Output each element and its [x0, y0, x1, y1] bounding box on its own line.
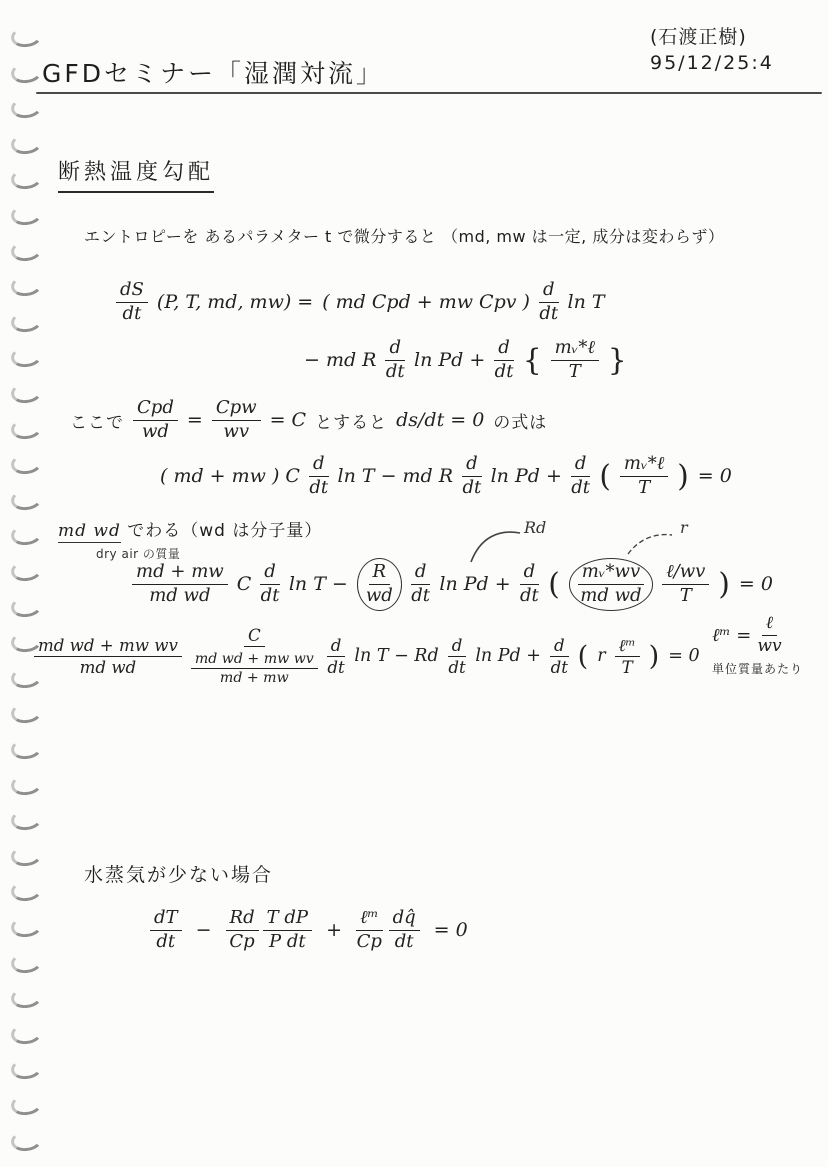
- right-paren: ): [718, 570, 730, 599]
- definition-line: ここで Cpdwd = Cpwwv = C とすると ds/dt = 0 の式は: [70, 398, 547, 443]
- eq2-end: = 0: [698, 465, 732, 487]
- minus-sign: −: [196, 919, 212, 941]
- eq3-end: = 0: [739, 573, 773, 595]
- denominator: wd: [142, 421, 169, 443]
- frac-C-over-meanmass: C md wd + mw wvmd + mw: [191, 626, 318, 687]
- right-brace: }: [608, 346, 627, 375]
- denominator: md wd: [149, 585, 210, 607]
- margin-sub-note: 単位質量あたり: [712, 660, 803, 677]
- binding-hole-icon: [10, 950, 44, 975]
- binding-hole-icon: [10, 1021, 44, 1046]
- binding-hole-icon: [10, 166, 44, 191]
- section-heading: 断熱温度勾配: [58, 155, 214, 193]
- binding-hole-icon: [10, 522, 44, 547]
- numerator: md + mw: [132, 562, 228, 585]
- eq1-coef: ( md Cpd + mw Cpv ): [322, 291, 530, 313]
- denominator: T: [622, 657, 633, 677]
- eq3-t1: ln T −: [289, 573, 348, 595]
- numerator: mᵥ*ℓ: [620, 454, 668, 477]
- binding-hole-icon: [10, 914, 44, 939]
- binding-hole-icon: [10, 344, 44, 369]
- author-note: (石渡正樹): [650, 22, 747, 49]
- binding-hole-icon: [10, 1092, 44, 1117]
- numerator: Rd: [226, 908, 259, 931]
- denominator: md wd: [580, 585, 641, 607]
- denominator: dt: [448, 657, 465, 677]
- left-paren: (: [548, 570, 560, 599]
- frac-dS-dt: dSdt: [116, 280, 148, 325]
- frac-dT-dt: dTdt: [150, 908, 182, 953]
- circled-R-wd: Rwd: [357, 558, 402, 611]
- numerator: T dP: [263, 908, 312, 931]
- eq4-end: = 0: [668, 646, 699, 666]
- denominator: T: [680, 585, 692, 607]
- denominator: md + mw: [220, 669, 289, 686]
- divide-note: md wd でわる（wd は分子量）: [58, 516, 322, 541]
- page-title: GFDセミナー「湿潤対流」: [42, 54, 384, 90]
- numerator: d: [448, 636, 467, 657]
- denominator: T: [638, 477, 650, 499]
- eq1-lead2: − md R: [304, 349, 376, 371]
- frac-d-dt: ddt: [462, 454, 482, 499]
- numerator: d: [494, 338, 514, 361]
- numerator: d: [327, 636, 346, 657]
- frac-mass-ratio: md wd + mw wvmd wd: [34, 636, 182, 677]
- frac-Cpw-wv: Cpwwv: [212, 398, 261, 443]
- equation-dry-limit: dTdt − RdCp T dPP dt + ℓᵐCp dq̂dt = 0: [150, 908, 468, 953]
- left-paren: (: [599, 462, 611, 491]
- binding-hole-icon: [10, 273, 44, 298]
- plus-sign: +: [326, 919, 342, 941]
- divide-note-target: md wd: [58, 521, 121, 543]
- eq4-t1: ln T − Rd: [354, 646, 438, 666]
- denominator: T: [569, 361, 581, 383]
- frac-d-dt: ddt: [550, 636, 569, 677]
- denominator: dt: [551, 657, 568, 677]
- binding-hole-icon: [10, 736, 44, 761]
- denominator: dt: [309, 477, 328, 499]
- denominator: dt: [261, 585, 280, 607]
- numerator: d: [550, 636, 569, 657]
- frac-d-dt: ddt: [260, 562, 280, 607]
- eq2-t2: ln Pd +: [491, 465, 562, 487]
- margin-definition: ℓᵐ = ℓwv 単位質量あたり: [712, 614, 803, 677]
- equation-divided: md + mwmd wd C ddt ln T − Rwd ddt ln Pd …: [132, 558, 773, 611]
- denominator: dt: [462, 477, 481, 499]
- annotation-label-rd: Rd: [524, 518, 546, 537]
- frac-d-dt: ddt: [327, 636, 346, 677]
- equals: =: [187, 409, 203, 431]
- numerator: d: [385, 338, 405, 361]
- equation-ds0: ( md + mw ) C ddt ln T − md R ddt ln Pd …: [160, 454, 732, 499]
- denominator: dt: [386, 361, 405, 383]
- denominator: md wd + mw wvmd + mw: [191, 647, 318, 686]
- binding-hole-icon: [10, 95, 44, 120]
- eq2-t1: ln T − md R: [338, 465, 454, 487]
- intro-text: エントロピーを あるパラメター t で微分すると （md, mw は一定, 成分…: [84, 224, 724, 247]
- denominator: Cp: [229, 931, 254, 953]
- frac-Rd-Cp: RdCp: [226, 908, 259, 953]
- frac-d-dt: ddt: [539, 280, 559, 325]
- frac-d-dt: ddt: [520, 562, 540, 607]
- left-paren: (: [578, 643, 589, 670]
- numerator: mᵥ*wv: [578, 562, 644, 585]
- circled-mixing-ratio: mᵥ*wvmd wd: [569, 558, 653, 611]
- frac-inner-meanmass: md wd + mw wvmd + mw: [191, 651, 318, 686]
- eq1-lnPd: ln Pd +: [414, 349, 485, 371]
- denominator: dt: [520, 585, 539, 607]
- numerator: md wd + mw wv: [34, 636, 182, 657]
- eq3-C: C: [237, 573, 252, 595]
- eq3-t2: ln Pd +: [439, 573, 510, 595]
- denominator: wd: [366, 585, 393, 607]
- date-note: 95/12/25:4: [650, 52, 774, 74]
- numerator: d: [520, 562, 540, 585]
- binding-hole-icon: [10, 131, 44, 156]
- eq4-t2: ln Pd +: [475, 646, 541, 666]
- denominator: dt: [123, 303, 142, 325]
- binding-hole-icon: [10, 416, 44, 441]
- binding-hole-icon: [10, 807, 44, 832]
- frac-d-dt: ddt: [494, 338, 514, 383]
- numerator: C: [244, 626, 265, 647]
- denominator: wv: [223, 421, 249, 443]
- frac-l-wv: ℓwv: [757, 614, 781, 656]
- frac-lwv-T: ℓ∕wvT: [662, 562, 709, 607]
- denominator: dt: [395, 931, 414, 953]
- eq2-lead: ( md + mw ) C: [160, 465, 300, 487]
- eq1-lnT: ln T: [568, 291, 605, 313]
- right-paren: ): [649, 643, 660, 670]
- denominator: dt: [327, 657, 344, 677]
- binding-hole-icon: [10, 1128, 44, 1153]
- left-brace: {: [523, 346, 542, 375]
- binding-hole-icon: [10, 60, 44, 85]
- denominator: P dt: [269, 931, 306, 953]
- frac-TdP-Pdt: T dPP dt: [263, 908, 312, 953]
- frac-mvl-T: mᵥ*ℓT: [620, 454, 668, 499]
- denominator: wv: [757, 636, 781, 657]
- title-rule: [36, 92, 822, 94]
- binding-hole-icon: [10, 309, 44, 334]
- denominator: dt: [495, 361, 514, 383]
- eq4-r: r: [597, 646, 605, 666]
- numerator: d: [462, 454, 482, 477]
- here-post2: の式は: [493, 408, 547, 433]
- frac-Cpd-wd: Cpdwd: [133, 398, 178, 443]
- frac-d-dt: ddt: [309, 454, 329, 499]
- frac-mdmw-mdwd: md + mwmd wd: [132, 562, 228, 607]
- equation-final-moist: md wd + mw wvmd wd C md wd + mw wvmd + m…: [34, 626, 700, 687]
- equation-entropy-line1: dSdt (P, T, md, mw) = ( md Cpd + mw Cpv …: [116, 280, 605, 325]
- numerator: ℓᵐ: [615, 636, 640, 657]
- binding-hole-icon: [10, 558, 44, 583]
- numerator: Cpw: [212, 398, 261, 421]
- eq5-end: = 0: [434, 919, 468, 941]
- numerator: dq̂: [389, 908, 420, 931]
- numerator: Cpd: [133, 398, 178, 421]
- binding-hole-icon: [10, 1056, 44, 1081]
- binding-hole-icon: [10, 202, 44, 227]
- denominator: dt: [571, 477, 590, 499]
- denominator: dt: [411, 585, 430, 607]
- binding-hole-icon: [10, 451, 44, 476]
- numerator: dS: [116, 280, 148, 303]
- numerator: ℓᵐ: [356, 908, 383, 931]
- margin-lhs: ℓᵐ =: [712, 625, 751, 646]
- numerator: mᵥ*ℓ: [551, 338, 599, 361]
- numerator: R: [369, 562, 391, 585]
- binding-hole-icon: [10, 772, 44, 797]
- numerator: ℓ∕wv: [662, 562, 709, 585]
- denominator: md wd: [80, 657, 137, 677]
- frac-mvl-T: mᵥ*ℓT: [551, 338, 599, 383]
- frac-dq-dt: dq̂dt: [389, 908, 420, 953]
- here-cond: ds/dt = 0: [396, 409, 484, 431]
- binding-hole-icon: [10, 700, 44, 725]
- equation-entropy-line2: − md R ddt ln Pd + ddt { mᵥ*ℓT }: [304, 338, 627, 383]
- numerator: d: [260, 562, 280, 585]
- annotation-arrow-r: [624, 528, 678, 556]
- here-post: とすると: [315, 408, 387, 433]
- numerator: d: [411, 562, 431, 585]
- here-pre: ここで: [70, 408, 124, 433]
- annotation-label-r: r: [680, 518, 688, 537]
- scanned-notebook-page: (石渡正樹) 95/12/25:4 GFDセミナー「湿潤対流」 断熱温度勾配 エ…: [0, 0, 828, 1167]
- margin-def-row: ℓᵐ = ℓwv: [712, 614, 803, 656]
- binding-hole-icon: [10, 24, 44, 49]
- frac-lm-Cp: ℓᵐCp: [356, 908, 383, 953]
- numerator: dT: [150, 908, 182, 931]
- equals-C: = C: [270, 409, 307, 431]
- binding-hole-icon: [10, 878, 44, 903]
- numerator: d: [571, 454, 591, 477]
- frac-d-dt: ddt: [448, 636, 467, 677]
- binding-hole-icon: [10, 380, 44, 405]
- section2-heading: 水蒸気が少ない場合: [84, 860, 273, 887]
- numerator: md wd + mw wv: [191, 651, 318, 669]
- denominator: Cp: [357, 931, 382, 953]
- frac-lm-T: ℓᵐT: [615, 636, 640, 677]
- denominator: dt: [156, 931, 175, 953]
- numerator: ℓ: [762, 614, 777, 636]
- numerator: d: [539, 280, 559, 303]
- divide-note-rest: でわる（wd は分子量）: [127, 521, 322, 541]
- binding-hole-icon: [10, 594, 44, 619]
- binding-hole-icon: [10, 238, 44, 263]
- frac-d-dt: ddt: [385, 338, 405, 383]
- frac-d-dt: ddt: [571, 454, 591, 499]
- binding-hole-icon: [10, 487, 44, 512]
- right-paren: ): [677, 462, 689, 491]
- binding-hole-icon: [10, 985, 44, 1010]
- numerator: d: [309, 454, 329, 477]
- binding-hole-icon: [10, 843, 44, 868]
- eq1-args: (P, T, md, mw) =: [157, 291, 313, 313]
- denominator: dt: [539, 303, 558, 325]
- frac-d-dt: ddt: [411, 562, 431, 607]
